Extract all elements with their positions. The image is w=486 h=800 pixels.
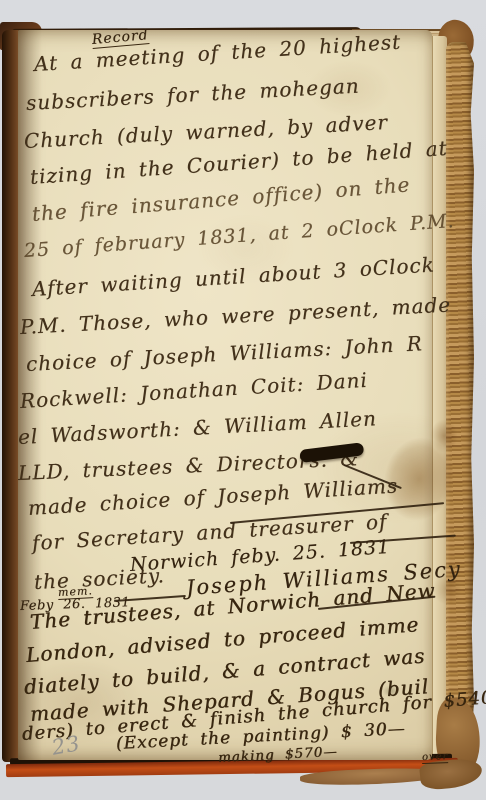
book-spine-edge [2,30,19,762]
manuscript-photo: Record At a meeting of the 20 highest su… [0,0,486,800]
fore-edge-page-stack [446,42,474,760]
manuscript-line: At a meeting of the 20 highest [33,30,401,76]
manuscript-line: subscribers for the mohegan [25,74,360,115]
manuscript-line: Rockwell: Jonathan Coit: Dani [19,368,368,413]
page-number: 23 [50,731,82,760]
manuscript-page: Record At a meeting of the 20 highest su… [18,30,432,760]
over-note: over [422,751,449,764]
manuscript-line: P.M. Those, who were present, made [19,292,451,339]
manuscript-line: el Wadsworth: & William Allen [17,406,377,449]
manuscript-line: After waiting until about 3 oClock [31,252,435,301]
